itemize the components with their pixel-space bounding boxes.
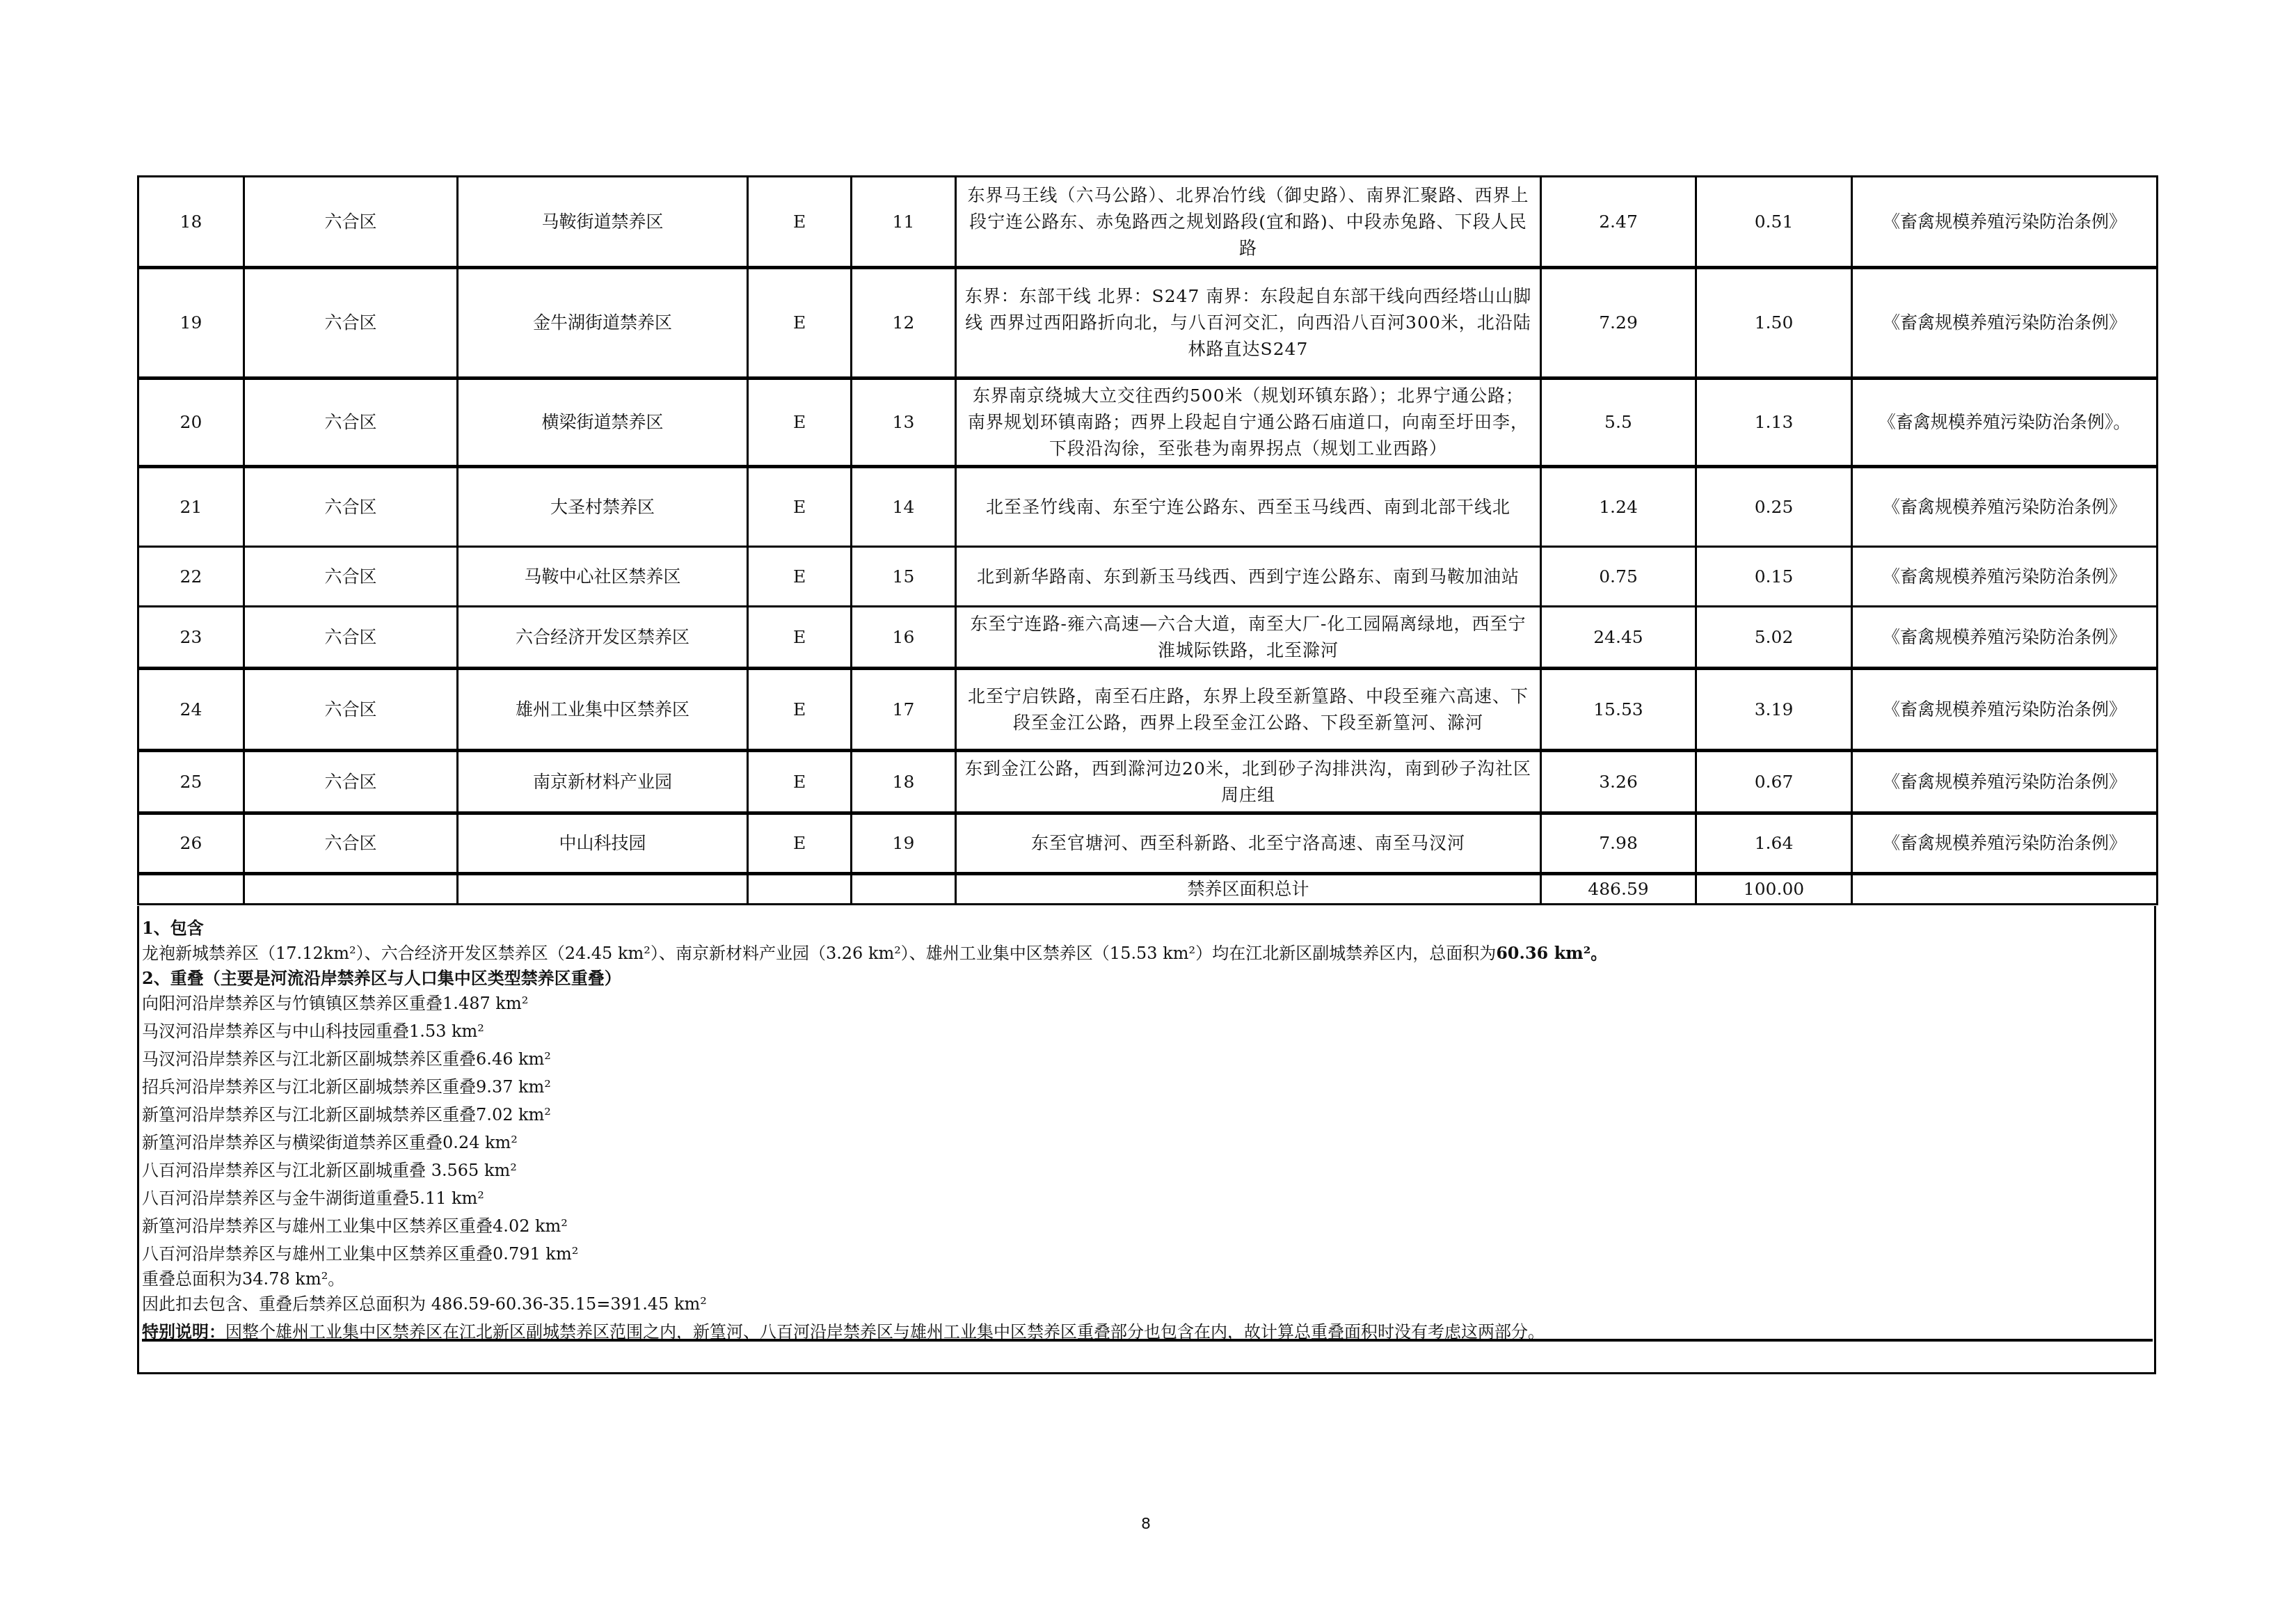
zone-name-cell: 马鞍中心社区禁养区 <box>458 547 748 607</box>
zone-name-cell: 雄州工业集中区禁养区 <box>458 669 748 751</box>
empty-cell <box>748 874 852 905</box>
zone-name-cell: 南京新材料产业园 <box>458 751 748 813</box>
section1-text: 龙袍新城禁养区（17.12km²）、六合经济开发区禁养区（24.45 km²）、… <box>142 941 1607 966</box>
zone-name-cell: 六合经济开发区禁养区 <box>458 607 748 669</box>
index-cell: 11 <box>852 177 956 268</box>
document-page: 18六合区马鞍街道禁养区E11东界马王线（六马公路）、北界冶竹线（御史路）、南界… <box>0 0 2296 1622</box>
boundary-cell: 北到新华路南、东到新玉马线西、西到宁连公路东、南到马鞍加油站 <box>956 547 1541 607</box>
boundary-cell: 东界马王线（六马公路）、北界冶竹线（御史路）、南界汇聚路、西界上段宁连公路东、赤… <box>956 177 1541 268</box>
district-cell: 六合区 <box>244 547 458 607</box>
total-percent: 100.00 <box>1696 874 1852 905</box>
percent-cell: 1.50 <box>1696 268 1852 379</box>
zone-name-cell: 大圣村禁养区 <box>458 467 748 547</box>
district-cell: 六合区 <box>244 813 458 874</box>
empty-cell <box>1852 874 2158 905</box>
area-cell: 15.53 <box>1541 669 1696 751</box>
boundary-cell: 东界：东部干线 北界：S247 南界：东段起自东部干线向西经塔山山脚线 西界过西… <box>956 268 1541 379</box>
row-number: 21 <box>138 467 244 547</box>
district-cell: 六合区 <box>244 669 458 751</box>
prohibited-zone-table: 18六合区马鞍街道禁养区E11东界马王线（六马公路）、北界冶竹线（御史路）、南界… <box>137 175 2158 905</box>
area-cell: 24.45 <box>1541 607 1696 669</box>
table-row: 24六合区雄州工业集中区禁养区E17北至宁启铁路，南至石庄路，东界上段至新篁路、… <box>138 669 2158 751</box>
empty-cell <box>138 874 244 905</box>
percent-cell: 1.13 <box>1696 379 1852 467</box>
basis-cell: 《畜禽规模养殖污染防治条例》 <box>1852 547 2158 607</box>
section1-title: 1、包含 <box>142 916 204 941</box>
overlap-item: 向阳河沿岸禁养区与竹镇镇区禁养区重叠1.487 km² <box>142 991 528 1016</box>
area-cell: 1.24 <box>1541 467 1696 547</box>
index-cell: 15 <box>852 547 956 607</box>
type-cell: E <box>748 607 852 669</box>
overlap-item: 马汊河沿岸禁养区与江北新区副城禁养区重叠6.46 km² <box>142 1047 551 1072</box>
area-cell: 5.5 <box>1541 379 1696 467</box>
table-row: 26六合区中山科技园E19东至官塘河、西至科新路、北至宁洛高速、南至马汊河7.9… <box>138 813 2158 874</box>
zone-name-cell: 马鞍街道禁养区 <box>458 177 748 268</box>
area-cell: 0.75 <box>1541 547 1696 607</box>
basis-cell: 《畜禽规模养殖污染防治条例》 <box>1852 813 2158 874</box>
district-cell: 六合区 <box>244 379 458 467</box>
table-row: 22六合区马鞍中心社区禁养区E15北到新华路南、东到新玉马线西、西到宁连公路东、… <box>138 547 2158 607</box>
type-cell: E <box>748 268 852 379</box>
zone-name-cell: 中山科技园 <box>458 813 748 874</box>
zone-name-cell: 横梁街道禁养区 <box>458 379 748 467</box>
table-row: 19六合区金牛湖街道禁养区E12东界：东部干线 北界：S247 南界：东段起自东… <box>138 268 2158 379</box>
percent-cell: 3.19 <box>1696 669 1852 751</box>
boundary-cell: 东至宁连路-雍六高速—六合大道，南至大厂-化工园隔离绿地，西至宁淮城际铁路，北至… <box>956 607 1541 669</box>
percent-cell: 0.51 <box>1696 177 1852 268</box>
district-cell: 六合区 <box>244 268 458 379</box>
overlap-total: 重叠总面积为34.78 km²。 <box>142 1266 344 1291</box>
section1-total: 60.36 km²。 <box>1496 943 1607 963</box>
percent-cell: 0.15 <box>1696 547 1852 607</box>
overlap-item: 马汊河沿岸禁养区与中山科技园重叠1.53 km² <box>142 1019 484 1044</box>
basis-cell: 《畜禽规模养殖污染防治条例》 <box>1852 467 2158 547</box>
index-cell: 19 <box>852 813 956 874</box>
percent-cell: 0.67 <box>1696 751 1852 813</box>
overlap-item: 新篁河沿岸禁养区与雄州工业集中区禁养区重叠4.02 km² <box>142 1214 568 1239</box>
boundary-cell: 北至宁启铁路，南至石庄路，东界上段至新篁路、中段至雍六高速、下段至金江公路，西界… <box>956 669 1541 751</box>
type-cell: E <box>748 467 852 547</box>
index-cell: 18 <box>852 751 956 813</box>
basis-cell: 《畜禽规模养殖污染防治条例》 <box>1852 669 2158 751</box>
area-cell: 7.29 <box>1541 268 1696 379</box>
row-number: 22 <box>138 547 244 607</box>
boundary-cell: 东到金江公路，西到滁河边20米，北到砂子沟排洪沟，南到砂子沟社区周庄组 <box>956 751 1541 813</box>
table-row: 20六合区横梁街道禁养区E13东界南京绕城大立交往西约500米（规划环镇东路）；… <box>138 379 2158 467</box>
district-cell: 六合区 <box>244 467 458 547</box>
boundary-cell: 北至圣竹线南、东至宁连公路东、西至玉马线西、南到北部干线北 <box>956 467 1541 547</box>
empty-cell <box>458 874 748 905</box>
basis-cell: 《畜禽规模养殖污染防治条例》 <box>1852 751 2158 813</box>
row-number: 24 <box>138 669 244 751</box>
area-cell: 3.26 <box>1541 751 1696 813</box>
notes-box: 1、包含 龙袍新城禁养区（17.12km²）、六合经济开发区禁养区（24.45 … <box>137 906 2156 1374</box>
percent-cell: 0.25 <box>1696 467 1852 547</box>
basis-cell: 《畜禽规模养殖污染防治条例》 <box>1852 177 2158 268</box>
district-cell: 六合区 <box>244 607 458 669</box>
index-cell: 12 <box>852 268 956 379</box>
type-cell: E <box>748 813 852 874</box>
type-cell: E <box>748 669 852 751</box>
table-body: 18六合区马鞍街道禁养区E11东界马王线（六马公路）、北界冶竹线（御史路）、南界… <box>138 177 2158 905</box>
basis-cell: 《畜禽规模养殖污染防治条例》 <box>1852 607 2158 669</box>
total-area: 486.59 <box>1541 874 1696 905</box>
empty-cell <box>852 874 956 905</box>
row-number: 23 <box>138 607 244 669</box>
page-number: 8 <box>1141 1516 1151 1533</box>
net-total: 因此扣去包含、重叠后禁养区总面积为 486.59-60.36-35.15=391… <box>142 1291 707 1317</box>
overlap-item: 八百河沿岸禁养区与江北新区副城重叠 3.565 km² <box>142 1158 517 1183</box>
basis-cell: 《畜禽规模养殖污染防治条例》。 <box>1852 379 2158 467</box>
table-row: 18六合区马鞍街道禁养区E11东界马王线（六马公路）、北界冶竹线（御史路）、南界… <box>138 177 2158 268</box>
area-cell: 2.47 <box>1541 177 1696 268</box>
district-cell: 六合区 <box>244 751 458 813</box>
overlap-item: 新篁河沿岸禁养区与江北新区副城禁养区重叠7.02 km² <box>142 1102 551 1127</box>
section2-title: 2、重叠（主要是河流沿岸禁养区与人口集中区类型禁养区重叠） <box>142 966 621 991</box>
total-label: 禁养区面积总计 <box>956 874 1541 905</box>
boundary-cell: 东至官塘河、西至科新路、北至宁洛高速、南至马汊河 <box>956 813 1541 874</box>
overlap-item: 新篁河沿岸禁养区与横梁街道禁养区重叠0.24 km² <box>142 1130 518 1155</box>
table-row: 21六合区大圣村禁养区E14北至圣竹线南、东至宁连公路东、西至玉马线西、南到北部… <box>138 467 2158 547</box>
percent-cell: 5.02 <box>1696 607 1852 669</box>
boundary-cell: 东界南京绕城大立交往西约500米（规划环镇东路）；北界宁通公路；南界规划环镇南路… <box>956 379 1541 467</box>
type-cell: E <box>748 547 852 607</box>
overlap-item: 招兵河沿岸禁养区与江北新区副城禁养区重叠9.37 km² <box>142 1074 551 1099</box>
zone-name-cell: 金牛湖街道禁养区 <box>458 268 748 379</box>
row-number: 20 <box>138 379 244 467</box>
basis-cell: 《畜禽规模养殖污染防治条例》 <box>1852 268 2158 379</box>
row-number: 19 <box>138 268 244 379</box>
total-row: 禁养区面积总计486.59100.00 <box>138 874 2158 905</box>
row-number: 25 <box>138 751 244 813</box>
area-cell: 7.98 <box>1541 813 1696 874</box>
special-note: 特别说明：因整个雄州工业集中区禁养区在江北新区副城禁养区范围之内，新篁河、八百河… <box>142 1319 2153 1342</box>
row-number: 26 <box>138 813 244 874</box>
type-cell: E <box>748 751 852 813</box>
table-row: 23六合区六合经济开发区禁养区E16东至宁连路-雍六高速—六合大道，南至大厂-化… <box>138 607 2158 669</box>
type-cell: E <box>748 177 852 268</box>
percent-cell: 1.64 <box>1696 813 1852 874</box>
district-cell: 六合区 <box>244 177 458 268</box>
index-cell: 14 <box>852 467 956 547</box>
overlap-item: 八百河沿岸禁养区与雄州工业集中区禁养区重叠0.791 km² <box>142 1241 578 1266</box>
index-cell: 17 <box>852 669 956 751</box>
index-cell: 16 <box>852 607 956 669</box>
overlap-item: 八百河沿岸禁养区与金牛湖街道重叠5.11 km² <box>142 1186 484 1211</box>
table-row: 25六合区南京新材料产业园E18东到金江公路，西到滁河边20米，北到砂子沟排洪沟… <box>138 751 2158 813</box>
row-number: 18 <box>138 177 244 268</box>
empty-cell <box>244 874 458 905</box>
type-cell: E <box>748 379 852 467</box>
index-cell: 13 <box>852 379 956 467</box>
